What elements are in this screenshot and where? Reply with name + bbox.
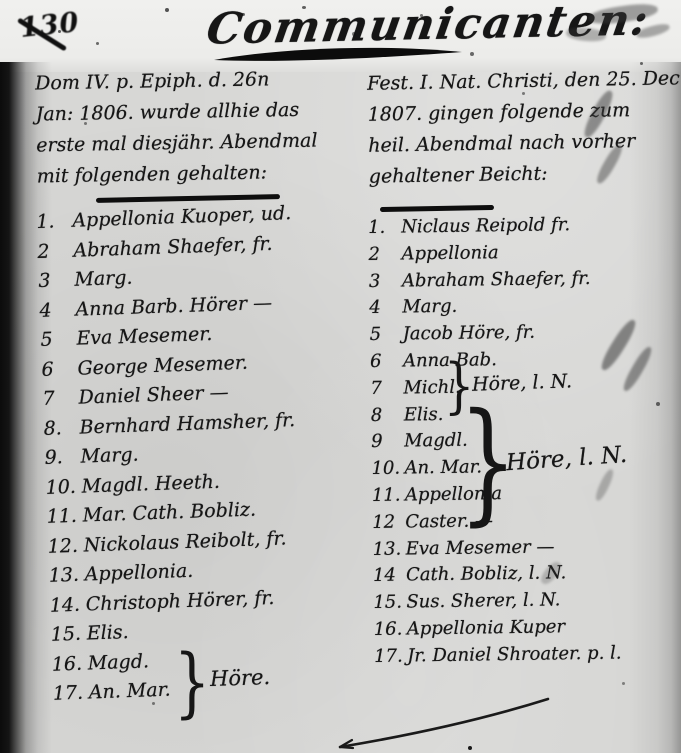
entry-name: Eva Mesemer. [76,323,213,357]
entry-number: 16. [374,618,407,645]
flourish-dot [468,746,472,750]
entry-number: 11. [372,484,405,511]
entry-name: Jacob Höre, fr. [402,322,535,351]
communicant-entry: 8Elis. [371,401,619,431]
header-line: erste mal diesjähr. Abendmal [36,126,318,162]
entry-name: Elis. [86,621,129,652]
entry-name: Niclaus Reipold fr. [401,214,570,243]
entry-name: Abraham Shaefer, fr. [402,267,591,296]
communicant-entry: 2Appellonia [368,240,616,270]
ink-speckle [58,30,61,33]
entry-name: Magd. [87,650,149,682]
communicant-entry: 3Abraham Shaefer, fr. [369,267,617,297]
communicant-entry: 1.Niclaus Reipold fr. [368,214,616,244]
communicant-entry: 4Marg. [369,294,617,324]
ink-speckle [470,52,474,56]
entry-number: 15. [50,622,87,653]
bottom-flourish-stroke [340,699,548,747]
entry-name: An. Mar. [404,457,482,485]
right-communicant-list: 1.Niclaus Reipold fr. 2Appellonia 3Abrah… [368,214,622,673]
header-line: Dom IV. p. Epiph. d. 26n [35,64,317,100]
header-line: mit folgenden gehalten: [37,157,319,193]
entry-number: 10. [371,458,404,485]
left-communicant-list: 1.Appellonia Kuoper, ud. 2Abraham Shaefe… [36,202,308,712]
header-line: gehaltener Beicht: [369,156,681,192]
right-column-header: Fest. I. Nat. Christi, den 25. Dec 1807.… [367,63,681,192]
entry-number: 3 [38,269,75,300]
entry-name: An. Mar. [88,679,171,711]
entry-name: Marg. [80,444,139,476]
entry-number: 12. [47,534,84,565]
entry-number: 1. [36,210,73,241]
entry-number: 2 [368,243,401,270]
header-line: Jan: 1806. wurde allhie das [35,95,317,131]
communicant-entry: 11.Appellonia [372,481,620,511]
ink-speckle [302,6,306,9]
entry-number: 7 [370,377,403,404]
ink-speckle [242,13,245,16]
left-column-header: Dom IV. p. Epiph. d. 26n Jan: 1806. wurd… [35,64,318,193]
ink-speckle [165,8,169,12]
entry-number: 9 [371,431,404,458]
entry-number: 17. [374,645,407,672]
ink-speckle [352,32,356,36]
entry-name: Appellonia [401,242,499,270]
entry-number: 3 [369,270,402,297]
entry-number: 17. [52,681,89,712]
entry-number: 14. [49,593,86,624]
entry-number: 2 [37,239,74,270]
entry-name: Marg. [402,296,457,324]
left-header-underline [96,194,280,203]
communicant-entry: 13.Eva Mesemer — [372,535,620,565]
entry-number: 7 [42,387,79,418]
entry-name: Eva Mesemer — [405,536,554,565]
entry-number: 8. [43,416,80,447]
register-page-scan: 130 Communicanten: Dom IV. p. Epiph. d. … [0,0,681,753]
entry-number: 13. [372,538,405,565]
entry-number: 14 [373,565,406,592]
ink-speckle [640,62,643,65]
entry-number: 9. [44,446,81,477]
entry-number: 10. [45,475,82,506]
ink-speckle [152,702,155,705]
entry-number: 13. [48,564,85,595]
entry-number: 6 [370,351,403,378]
ink-speckle [622,682,625,685]
right-header-underline [380,205,494,212]
entry-number: 5 [369,324,402,351]
entry-name: Sus. Sherer, l. N. [406,590,560,619]
ink-speckle [656,402,660,406]
entry-name: Appellonia Kuper [407,616,566,645]
left-group-surname: Höre. [210,665,271,691]
entry-name: Jr. Daniel Shroater. p. l. [407,642,622,672]
communicant-entry: 15.Sus. Sherer, l. N. [373,589,621,619]
header-line: heil. Abendmal nach vorher [368,125,681,161]
entry-name: Magdl. [404,430,468,458]
ink-speckle [96,42,99,45]
right-small-group-surname: Höre, l. N. [472,370,573,395]
entry-number: 12 [372,511,405,538]
ink-speckle [420,14,423,17]
entry-name: Appellonia [405,483,503,511]
entry-name: Michl. [403,377,461,405]
entry-name: Caster. — [405,510,493,538]
bottom-flourish-arrowhead [340,740,353,748]
entry-number: 1. [368,217,401,244]
entry-number: 11. [46,505,83,536]
entry-number: 6 [41,357,78,388]
entry-number: 4 [39,298,76,329]
communicant-entry: 14Cath. Bobliz, l. N. [373,562,621,592]
entry-name: Elis. [404,404,444,431]
entry-name: Marg. [74,267,133,299]
entry-number: 5 [40,328,77,359]
communicant-entry: 16.Appellonia Kuper [374,615,622,645]
entry-name: Appellonia. [84,560,194,593]
ink-speckle [522,92,525,95]
entry-number: 16. [51,652,88,683]
ink-speckle [84,122,87,125]
communicant-entry: 12Caster. — [372,508,620,538]
entry-number: 8 [371,404,404,431]
communicant-entry: 17.Jr. Daniel Shroater. p. l. [374,642,622,672]
entry-name: Magdl. Heeth. [81,470,220,504]
entry-number: 15. [373,592,406,619]
entry-number: 4 [369,297,402,324]
communicant-entry: 5Jacob Höre, fr. [369,321,617,351]
